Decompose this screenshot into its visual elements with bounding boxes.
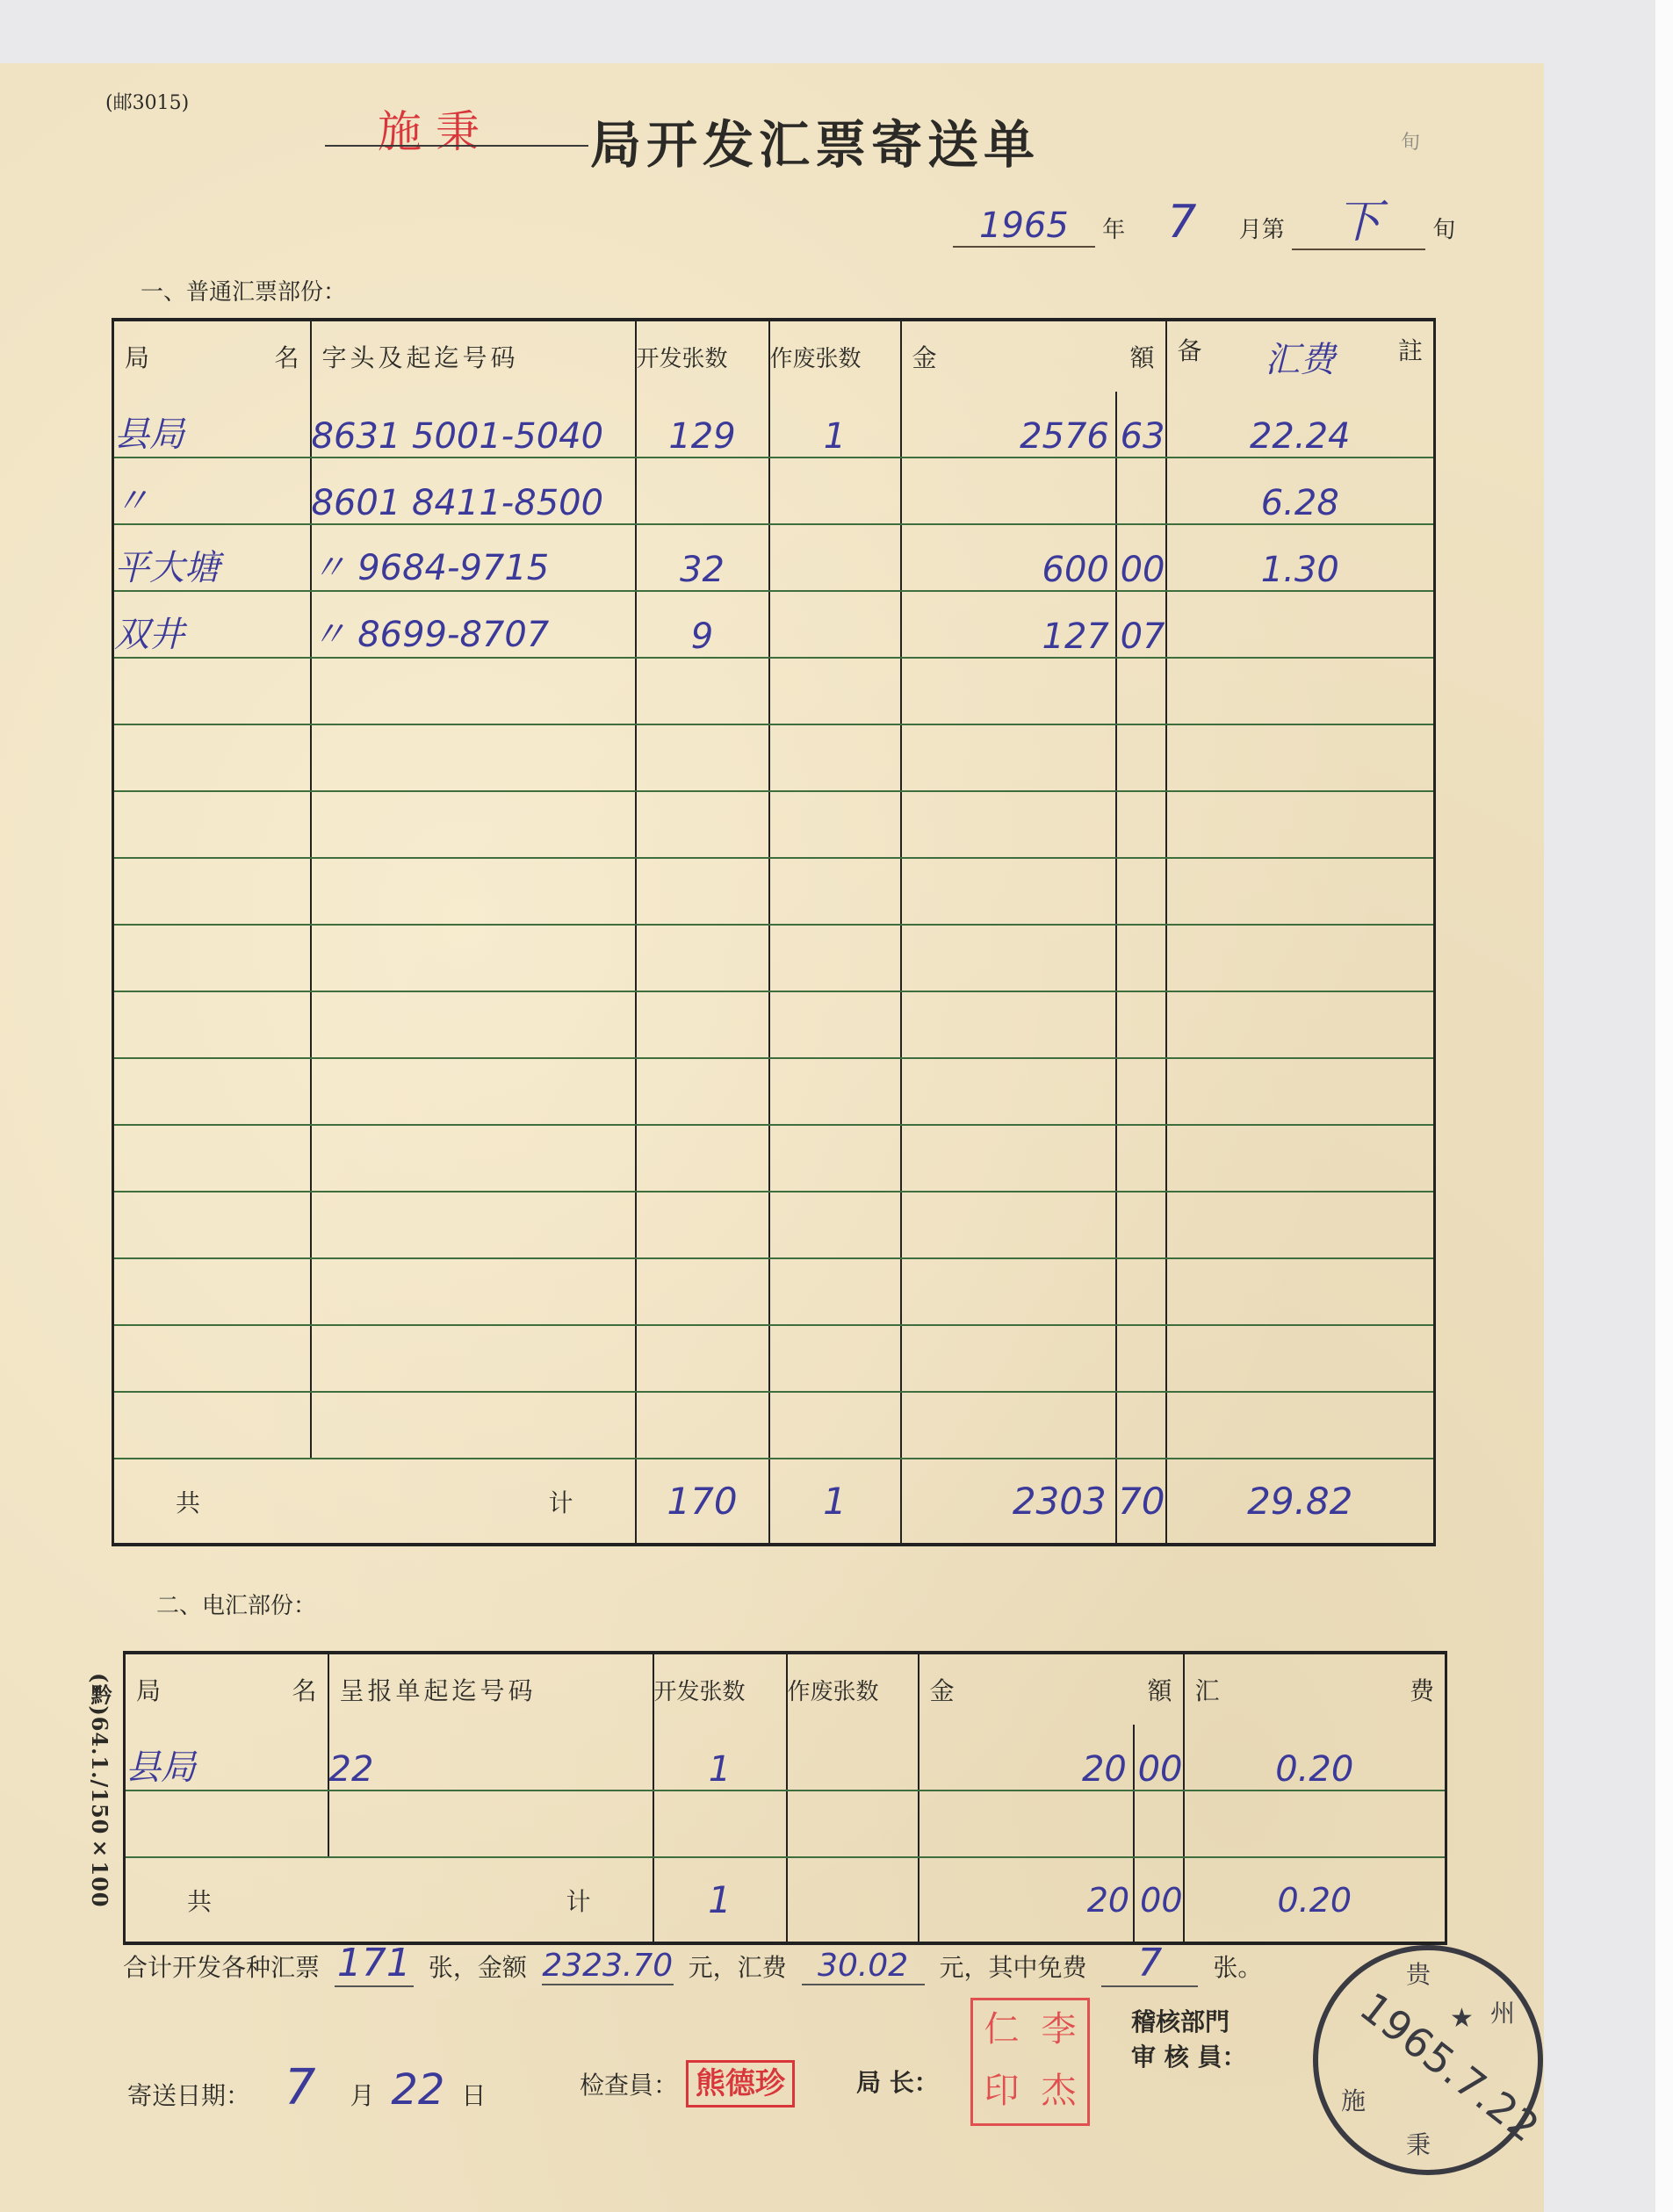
cell-serial: 8601 8411-8500 <box>311 458 636 524</box>
cell-office <box>113 658 311 724</box>
cell-voided <box>787 1790 919 1857</box>
cell-office <box>113 991 311 1058</box>
cell-voided: 1 <box>769 392 901 458</box>
summary-free-count: 7 <box>1101 1941 1198 1987</box>
table-row <box>113 1392 1435 1459</box>
total-row: 共计 1 20 00 0.20 <box>125 1857 1446 1943</box>
summary-count: 171 <box>335 1941 414 1987</box>
cell-serial <box>311 925 636 991</box>
cell-office: 〃 <box>113 458 311 524</box>
corner-mark: 旬 <box>1401 127 1420 155</box>
cell-voided <box>769 791 901 858</box>
total-row: 共计 170 1 2303 70 29.82 <box>113 1459 1435 1545</box>
section2-label: 二、电汇部份： <box>156 1588 316 1620</box>
cell-remark <box>1166 1258 1435 1325</box>
cell-serial <box>311 858 636 925</box>
header-remarks: 备汇费註 <box>1166 320 1435 392</box>
cell-amount <box>919 1790 1184 1857</box>
cell-issued <box>636 1192 769 1258</box>
cell-voided <box>769 925 901 991</box>
cell-amount <box>901 858 1166 925</box>
table-row: 平大塘〃 9684-971532600 001.30 <box>113 524 1435 591</box>
cell-voided <box>769 1192 901 1258</box>
cell-amount: 20 00 <box>919 1725 1184 1790</box>
year-label: 年 <box>1102 217 1125 243</box>
date-period: 下 <box>1292 196 1425 250</box>
audit-dept-label: 稽核部門 <box>1131 2005 1247 2040</box>
cell-amount <box>901 658 1166 724</box>
star-icon: ★ <box>1450 2003 1474 2034</box>
cell-issued <box>636 1058 769 1125</box>
cell-office <box>113 1192 311 1258</box>
cell-remark <box>1166 1125 1435 1192</box>
cell-serial <box>328 1790 653 1857</box>
table-row <box>113 925 1435 991</box>
cell-office <box>125 1790 328 1857</box>
table-row <box>113 724 1435 791</box>
cell-office <box>113 724 311 791</box>
total-fee: 0.20 <box>1184 1857 1446 1943</box>
cell-amount: 2576 63 <box>901 392 1166 458</box>
cell-remark <box>1166 1192 1435 1258</box>
header-office: 局名 <box>125 1653 328 1725</box>
cell-remark <box>1166 724 1435 791</box>
cell-office <box>113 1125 311 1192</box>
cell-issued <box>636 791 769 858</box>
table-row <box>113 991 1435 1058</box>
cell-fee: 0.20 <box>1184 1725 1446 1790</box>
cell-amount <box>901 724 1166 791</box>
cell-office: 县局 <box>125 1725 328 1790</box>
postmark: 贵 州 ★ 1965.7.22 施 秉 <box>1313 1945 1543 2175</box>
header-office: 局名 <box>113 320 311 392</box>
cell-office <box>113 1058 311 1125</box>
cell-office: 县局 <box>113 392 311 458</box>
cell-office <box>113 1325 311 1392</box>
cell-voided <box>769 524 901 591</box>
cell-office <box>113 925 311 991</box>
cell-amount <box>901 1058 1166 1125</box>
cell-remark <box>1166 1392 1435 1459</box>
cell-amount <box>901 1192 1166 1258</box>
total-voided: 1 <box>769 1459 901 1545</box>
cell-voided <box>769 1325 901 1392</box>
summary-fee: 30.02 <box>802 1948 925 1985</box>
cell-voided <box>769 458 901 524</box>
header-issued: 开发张数 <box>636 320 769 392</box>
cell-serial: 22 <box>328 1725 653 1790</box>
header-report-serial: 呈报单起迄号码 <box>328 1653 653 1725</box>
total-issued: 1 <box>653 1857 787 1943</box>
cell-office <box>113 791 311 858</box>
cell-amount <box>901 458 1166 524</box>
table-row <box>113 1058 1435 1125</box>
office-name-line <box>325 145 588 147</box>
cell-amount <box>901 925 1166 991</box>
cell-office <box>113 1258 311 1325</box>
cell-voided <box>769 658 901 724</box>
inspector-stamp: 熊德珍 <box>686 2060 795 2108</box>
send-month: 7 <box>258 2059 343 2116</box>
summary-amount: 2323.70 <box>542 1948 674 1985</box>
header-fee: 汇费 <box>1184 1653 1446 1725</box>
cell-serial <box>311 1258 636 1325</box>
header-voided: 作废张数 <box>787 1653 919 1725</box>
director-label: 局 长： <box>856 2064 939 2099</box>
office-name-stamp: 施秉 <box>378 97 494 160</box>
ordinary-draft-table: 局名 字头及起迄号码 开发张数 作废张数 金額 备汇费註 县局8631 5001… <box>112 318 1436 1546</box>
telegraph-draft-table: 局名 呈报单起迄号码 开发张数 作废张数 金額 汇费 县局22120 000.2… <box>123 1651 1447 1945</box>
cell-office <box>113 1392 311 1459</box>
cell-office: 双井 <box>113 591 311 658</box>
period-label: 旬 <box>1432 217 1455 243</box>
cell-serial <box>311 1058 636 1125</box>
section1-label: 一、普通汇票部份： <box>141 274 346 306</box>
cell-serial <box>311 791 636 858</box>
print-run-note: (黔)64.1./150×100 <box>84 1673 115 1907</box>
auditor-label: 审 核 員： <box>1131 2040 1247 2075</box>
cell-serial <box>311 724 636 791</box>
total-amount: 2303 70 <box>901 1459 1166 1545</box>
cell-remark <box>1166 1325 1435 1392</box>
cell-issued: 32 <box>636 524 769 591</box>
header-serial: 字头及起迄号码 <box>311 320 636 392</box>
cell-issued <box>636 1125 769 1192</box>
table-row <box>113 1125 1435 1192</box>
cell-issued: 129 <box>636 392 769 458</box>
cell-voided <box>769 1258 901 1325</box>
postmark-date: 1965.7.22 <box>1352 1983 1512 2123</box>
cell-issued: 9 <box>636 591 769 658</box>
scan-margin <box>1655 0 1673 2212</box>
cell-voided <box>787 1725 919 1790</box>
cell-serial: 8631 5001-5040 <box>311 392 636 458</box>
cell-voided <box>769 1125 901 1192</box>
table-row <box>113 1192 1435 1258</box>
cell-issued <box>636 1392 769 1459</box>
send-date: 寄送日期： 7 月 22 日 <box>127 2059 486 2116</box>
cell-voided <box>769 1058 901 1125</box>
month-label: 月第 <box>1239 217 1285 243</box>
cell-serial: 〃 8699-8707 <box>311 591 636 658</box>
form-code: (邮3015) <box>105 88 189 115</box>
cell-amount <box>901 791 1166 858</box>
header-amount: 金額 <box>919 1653 1184 1725</box>
cell-serial <box>311 1392 636 1459</box>
cell-remark <box>1166 658 1435 724</box>
date-month: 7 <box>1132 196 1231 249</box>
header-amount: 金額 <box>901 320 1166 392</box>
cell-serial <box>311 1192 636 1258</box>
cell-serial: 〃 9684-9715 <box>311 524 636 591</box>
cell-remark: 22.24 <box>1166 392 1435 458</box>
table-row: 〃8601 8411-85006.28 <box>113 458 1435 524</box>
table-row <box>125 1790 1446 1857</box>
cell-voided <box>769 858 901 925</box>
document-title: 局开发汇票寄送单 <box>590 104 1040 177</box>
cell-issued <box>636 1325 769 1392</box>
cell-amount: 600 00 <box>901 524 1166 591</box>
cell-issued <box>636 1258 769 1325</box>
inspector: 检查員： 熊德珍 <box>580 2059 795 2102</box>
cell-remark <box>1166 1058 1435 1125</box>
table-row: 县局8631 5001-504012912576 6322.24 <box>113 392 1435 458</box>
cell-serial <box>311 1325 636 1392</box>
cell-issued <box>636 991 769 1058</box>
cell-amount <box>901 1392 1166 1459</box>
table-row <box>113 658 1435 724</box>
table-row: 县局22120 000.20 <box>125 1725 1446 1790</box>
cell-fee <box>1184 1790 1446 1857</box>
table-row: 双井〃 8699-87079127 07 <box>113 591 1435 658</box>
cell-issued <box>636 724 769 791</box>
total-remark: 29.82 <box>1166 1459 1435 1545</box>
cell-amount <box>901 1125 1166 1192</box>
cell-amount <box>901 1325 1166 1392</box>
send-day: 22 <box>382 2065 453 2115</box>
cell-amount <box>901 991 1166 1058</box>
total-amount: 20 00 <box>919 1857 1184 1943</box>
table-row <box>113 791 1435 858</box>
cell-remark <box>1166 858 1435 925</box>
cell-voided <box>769 991 901 1058</box>
cell-voided <box>769 1392 901 1459</box>
cell-amount: 127 07 <box>901 591 1166 658</box>
cell-serial <box>311 658 636 724</box>
cell-serial <box>311 991 636 1058</box>
cell-issued <box>636 925 769 991</box>
cell-remark: 1.30 <box>1166 524 1435 591</box>
director-seal: 仁李 印杰 <box>970 1998 1090 2126</box>
cell-remark: 6.28 <box>1166 458 1435 524</box>
date-year: 1965 <box>953 205 1095 248</box>
cell-amount <box>901 1258 1166 1325</box>
total-issued: 170 <box>636 1459 769 1545</box>
total-voided <box>787 1857 919 1943</box>
cell-issued <box>636 858 769 925</box>
cell-office <box>113 858 311 925</box>
cell-issued <box>653 1790 787 1857</box>
cell-issued: 1 <box>653 1725 787 1790</box>
cell-remark <box>1166 925 1435 991</box>
cell-remark <box>1166 591 1435 658</box>
date-year-field: 1965 年 7 月第 下 旬 <box>953 184 1455 250</box>
grand-summary: 合计开发各种汇票 171 张，金额 2323.70 元，汇费 30.02 元，其… <box>123 1941 1262 1987</box>
cell-office: 平大塘 <box>113 524 311 591</box>
cell-issued <box>636 658 769 724</box>
header-voided: 作废张数 <box>769 320 901 392</box>
cell-remark <box>1166 991 1435 1058</box>
table-row <box>113 1258 1435 1325</box>
cell-serial <box>311 1125 636 1192</box>
audit-section: 稽核部門 审 核 員： <box>1131 2005 1247 2075</box>
table-row <box>113 858 1435 925</box>
cell-voided <box>769 724 901 791</box>
cell-remark <box>1166 791 1435 858</box>
header-issued: 开发张数 <box>653 1653 787 1725</box>
cell-issued <box>636 458 769 524</box>
cell-voided <box>769 591 901 658</box>
table-row <box>113 1325 1435 1392</box>
